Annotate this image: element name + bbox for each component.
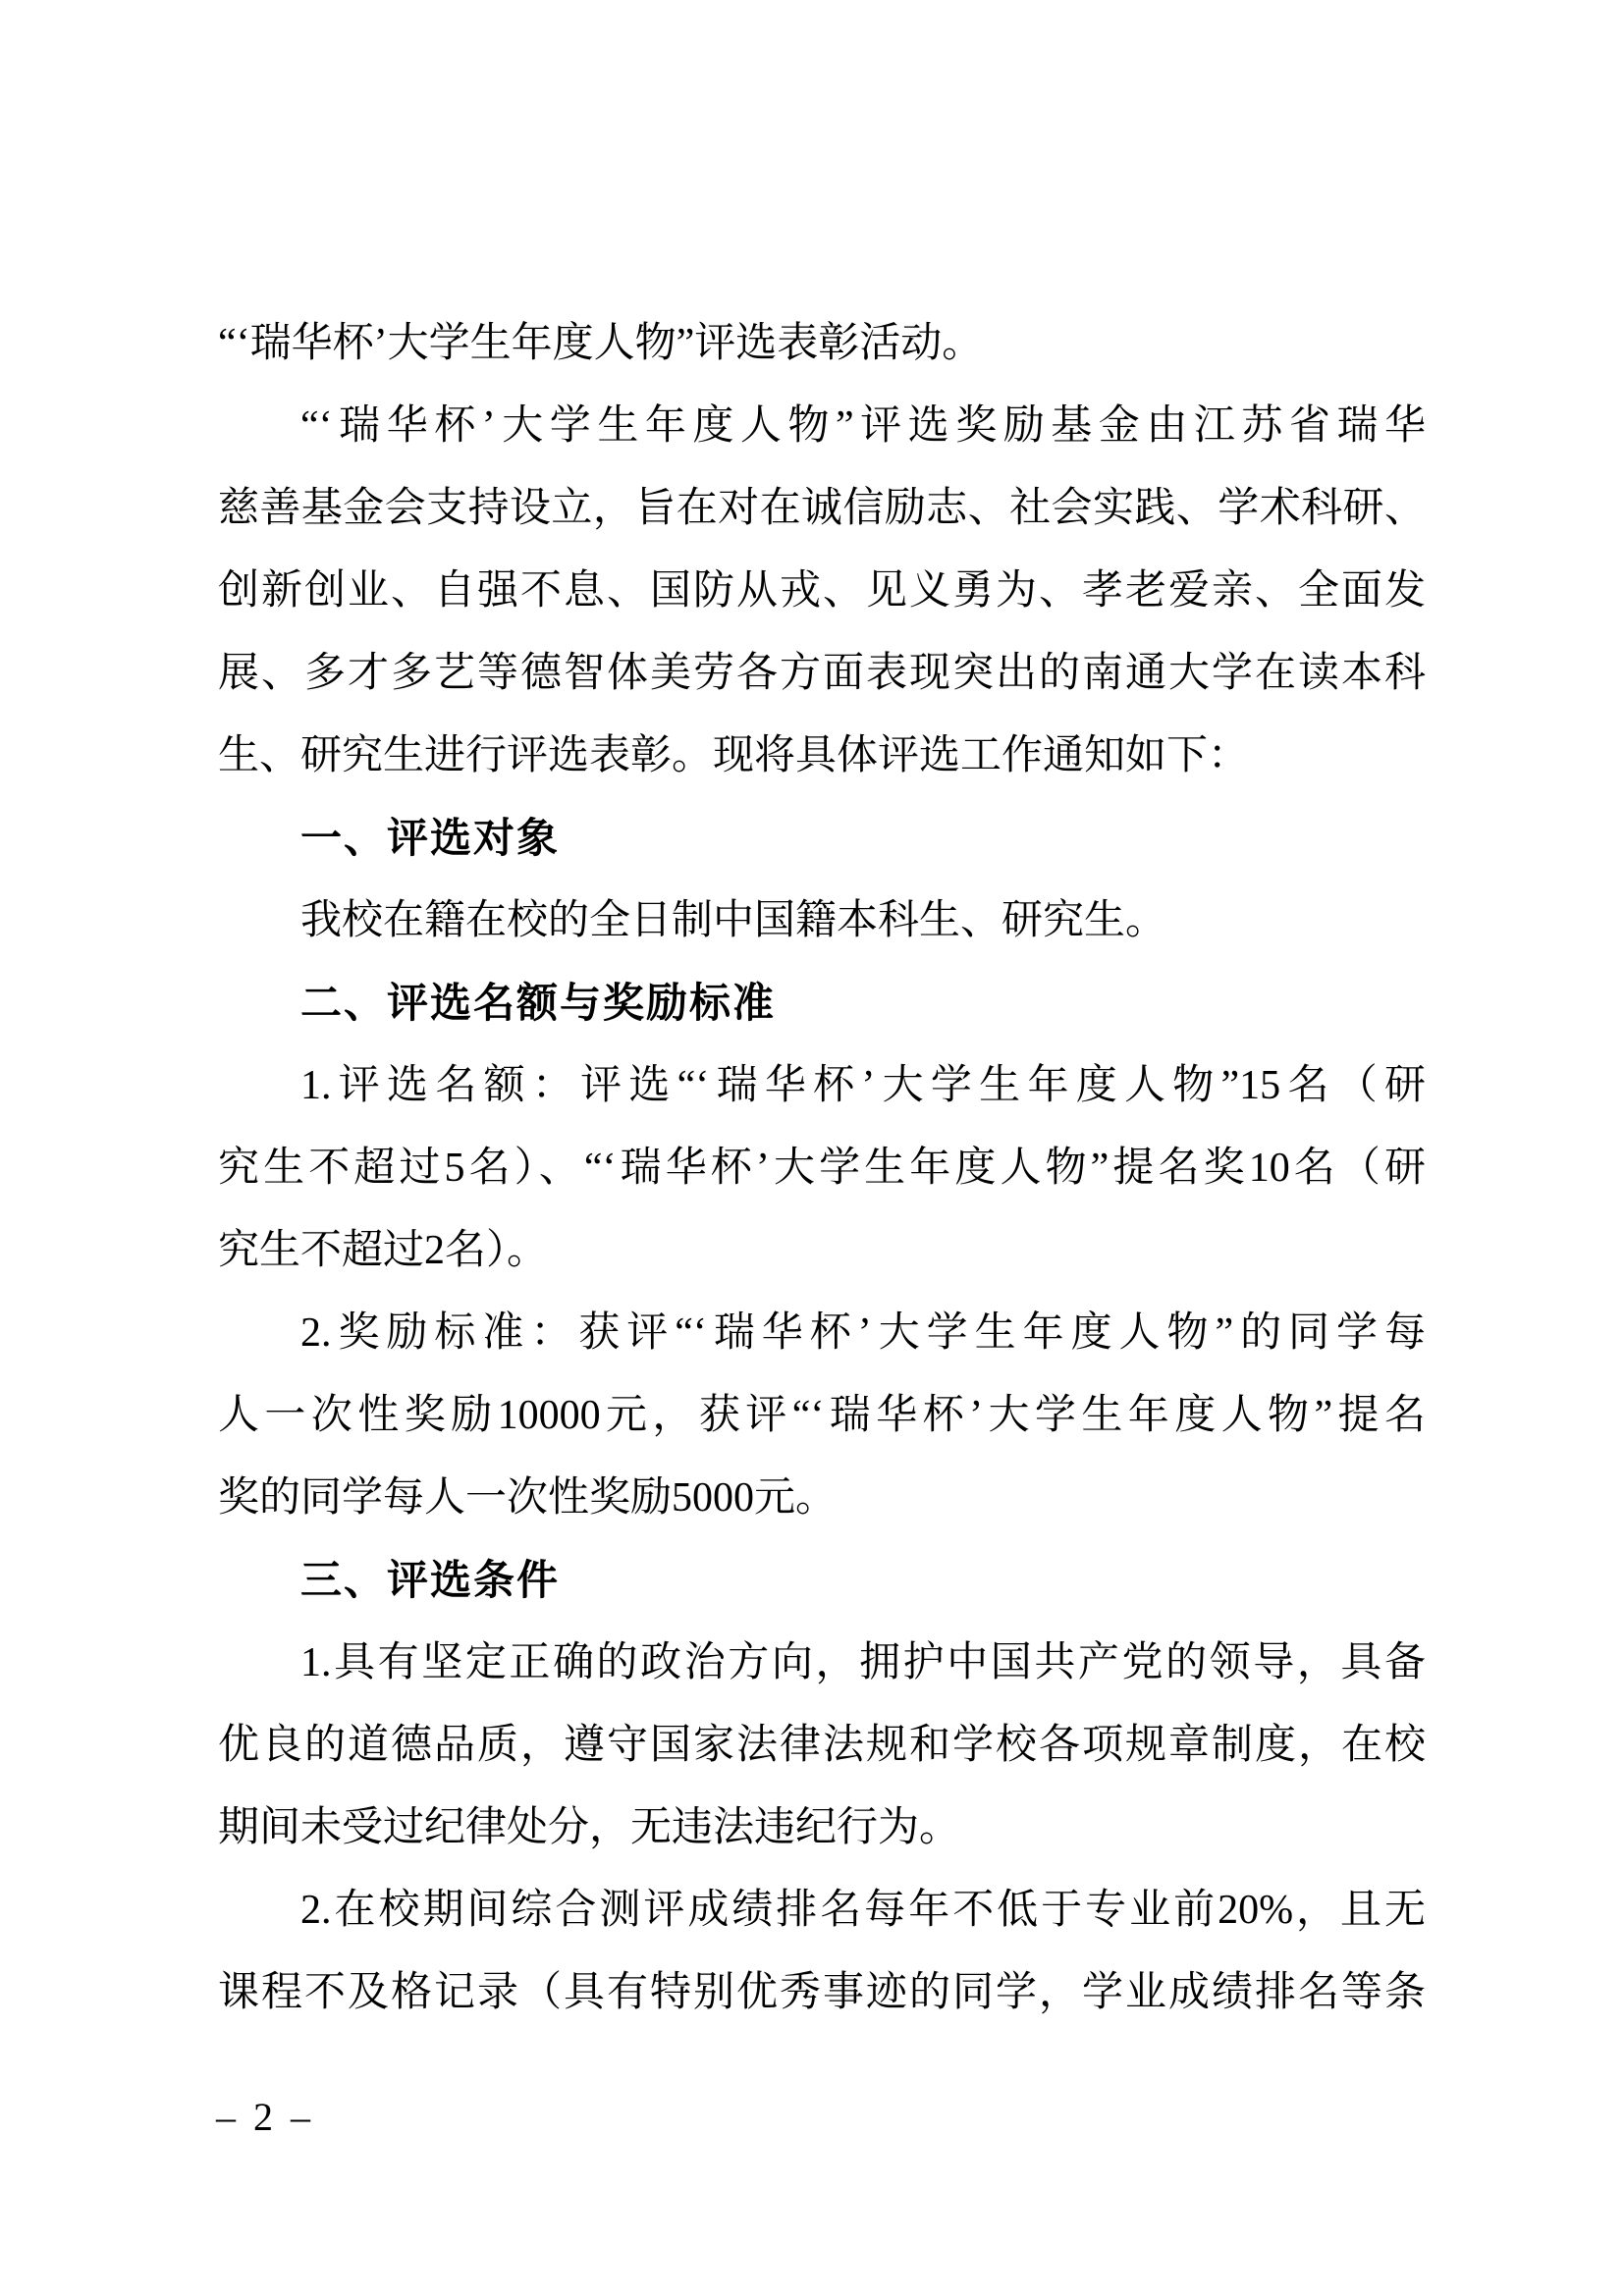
document-page: “‘瑞华杯’大学生年度人物”评选表彰活动。“‘瑞华杯’大学生年度人物”评选奖励基… [0,0,1624,2296]
section-heading: 一、评选对象 [218,797,1426,880]
text-line: “‘瑞华杯’大学生年度人物”评选奖励基金由江苏省瑞华 [218,385,1426,467]
text-line: 展、多才多艺等德智体美劳各方面表现突出的南通大学在读本科 [218,632,1426,715]
page-number: – 2 – [216,2076,314,2159]
text-line: 奖的同学每人一次性奖励5000元。 [218,1457,1426,1539]
text-line: 我校在籍在校的全日制中国籍本科生、研究生。 [218,880,1426,962]
text-line: 人一次性奖励10000元，获评“‘瑞华杯’大学生年度人物”提名 [218,1374,1426,1457]
text-line: 1.具有坚定正确的政治方向，拥护中国共产党的领导，具备 [218,1622,1426,1704]
text-line: “‘瑞华杯’大学生年度人物”评选表彰活动。 [218,302,1426,385]
text-line: 期间未受过纪律处分，无违法违纪行为。 [218,1787,1426,1869]
text-line: 2.奖励标准：获评“‘瑞华杯’大学生年度人物”的同学每 [218,1292,1426,1374]
text-line: 优良的道德品质，遵守国家法律法规和学校各项规章制度，在校 [218,1704,1426,1787]
section-heading: 二、评选名额与奖励标准 [218,962,1426,1044]
text-line: 2.在校期间综合测评成绩排名每年不低于专业前20%，且无 [218,1869,1426,1951]
text-line: 1.评选名额：评选“‘瑞华杯’大学生年度人物”15名（研 [218,1044,1426,1127]
text-line: 究生不超过2名）。 [218,1209,1426,1292]
text-line: 课程不及格记录（具有特别优秀事迹的同学，学业成绩排名等条 [218,1951,1426,2034]
text-line: 创新创业、自强不息、国防从戎、见义勇为、孝老爱亲、全面发 [218,550,1426,632]
text-line: 究生不超过5名）、“‘瑞华杯’大学生年度人物”提名奖10名（研 [218,1127,1426,1209]
text-line: 生、研究生进行评选表彰。现将具体评选工作通知如下： [218,715,1426,797]
section-heading: 三、评选条件 [218,1539,1426,1622]
text-line: 慈善基金会支持设立，旨在对在诚信励志、社会实践、学术科研、 [218,467,1426,550]
document-body: “‘瑞华杯’大学生年度人物”评选表彰活动。“‘瑞华杯’大学生年度人物”评选奖励基… [218,302,1426,2034]
